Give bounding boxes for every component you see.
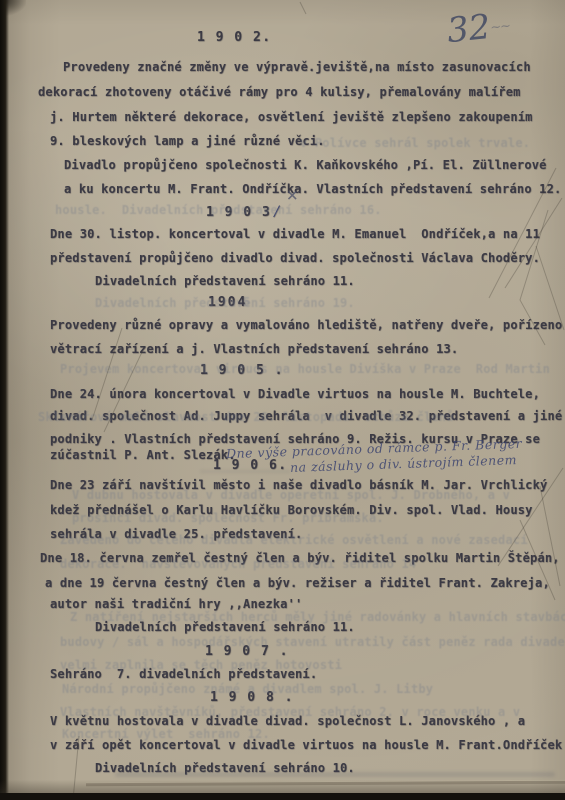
typewritten-line: a dne 19 června čestný člen a býv. režis… xyxy=(45,576,550,590)
ghost-bleedthrough-line: dekorace. navštěvovaných představení seh… xyxy=(60,557,416,571)
ghost-bleedthrough-line: Národní propůjčeno známé a divadlem spol… xyxy=(62,682,433,696)
page-number-value: 32 xyxy=(445,7,492,51)
typewritten-line: dekorací zhotoveny otáčivé rámy pro 4 ku… xyxy=(38,85,521,99)
ghost-bleedthrough-line: Divadelních představení sehráno 19. xyxy=(95,296,355,310)
ghost-bleedthrough-line: housle. Divadelních představení sehráno … xyxy=(55,203,382,217)
ghost-bleedthrough-line: Projevem koncertoval virtuos na housle D… xyxy=(60,362,550,376)
typewritten-line: autor naši tradiční hry ,,Anezka'' xyxy=(50,597,302,611)
typewritten-line: zúčastnil P. Ant. Slezák. xyxy=(50,448,236,462)
scan-bottom-shadow xyxy=(0,780,565,793)
typewritten-line: Dne 24. února koncertoval v Divadle virt… xyxy=(50,387,540,401)
ghost-bleedthrough-line: velmi zaplnila se těch peněz hotovosti xyxy=(60,658,342,672)
typewritten-line: Divadelních představení sehráno 11. xyxy=(95,274,355,288)
typewritten-line: 9. bleskových lamp a jiné různé věci. xyxy=(50,134,325,148)
ghost-bleedthrough-line: Vlastních navštěvníků, představení sehrá… xyxy=(60,705,520,719)
ghost-bleedthrough-line: v Polívce sehrál spolek trvale. xyxy=(300,136,530,150)
year-heading: 1 9 0 2. xyxy=(197,30,272,45)
typewritten-line: a ku koncertu M. Frant. Ondříčka. Vlastn… xyxy=(64,182,561,196)
ghost-bleedthrough-line: Z natíření nejstarších herců měly jiné r… xyxy=(70,610,565,624)
year-heading: 1 9 0 6. xyxy=(213,458,288,473)
typewritten-line: Provedeny různé opravy a vymalováno hled… xyxy=(50,318,562,332)
ghost-bleedthrough-line: Zavedeno do celého divadla elektrické os… xyxy=(60,533,528,547)
ghost-bleedthrough-line: Koncertní výlet sehráno 12. xyxy=(62,727,270,741)
typewritten-line: Provedeny značné změny ve výpravě.jevišt… xyxy=(63,60,531,74)
typewritten-line: Divadlo propůjčeno společnosti K. Kaňkov… xyxy=(64,158,547,172)
scan-left-edge xyxy=(0,0,9,800)
typewritten-line: větrací zařízení a j. Vlastních představ… xyxy=(50,342,458,356)
pencil-x-mark: × xyxy=(286,186,299,204)
pen-squiggle: ~~ xyxy=(490,19,511,36)
typewritten-line: představení propůjčeno divadlo divad. sp… xyxy=(50,251,540,265)
typewritten-line: j. Hurtem některé dekorace, osvětlení je… xyxy=(50,110,533,124)
ghost-bleedthrough-line: Sklenářová malá slavnost dne 28. listopa… xyxy=(38,410,454,424)
typewritten-line: Dne 30. listop. koncertoval v divadle M.… xyxy=(50,227,540,241)
ghost-bleedthrough-line: V dubnu hostovala v divadle operetní spo… xyxy=(72,488,510,502)
scan-bottom-edge xyxy=(0,793,565,800)
ghost-bleedthrough-line: budovy / sál a hospodářských stavení utr… xyxy=(60,635,565,649)
ghost-bleedthrough-line: prosinci divad. společnost Fr. příbramsk… xyxy=(72,511,384,525)
handwritten-page-number: 32~~ xyxy=(445,5,512,51)
ghost-bleedthrough-line: 5 xyxy=(243,295,250,309)
scanned-document-page: 32~~ 1 9 0 2.Provedeny značné změny ve v… xyxy=(0,0,565,800)
typewritten-line: Divadelních představení sehráno 10. xyxy=(95,761,355,775)
